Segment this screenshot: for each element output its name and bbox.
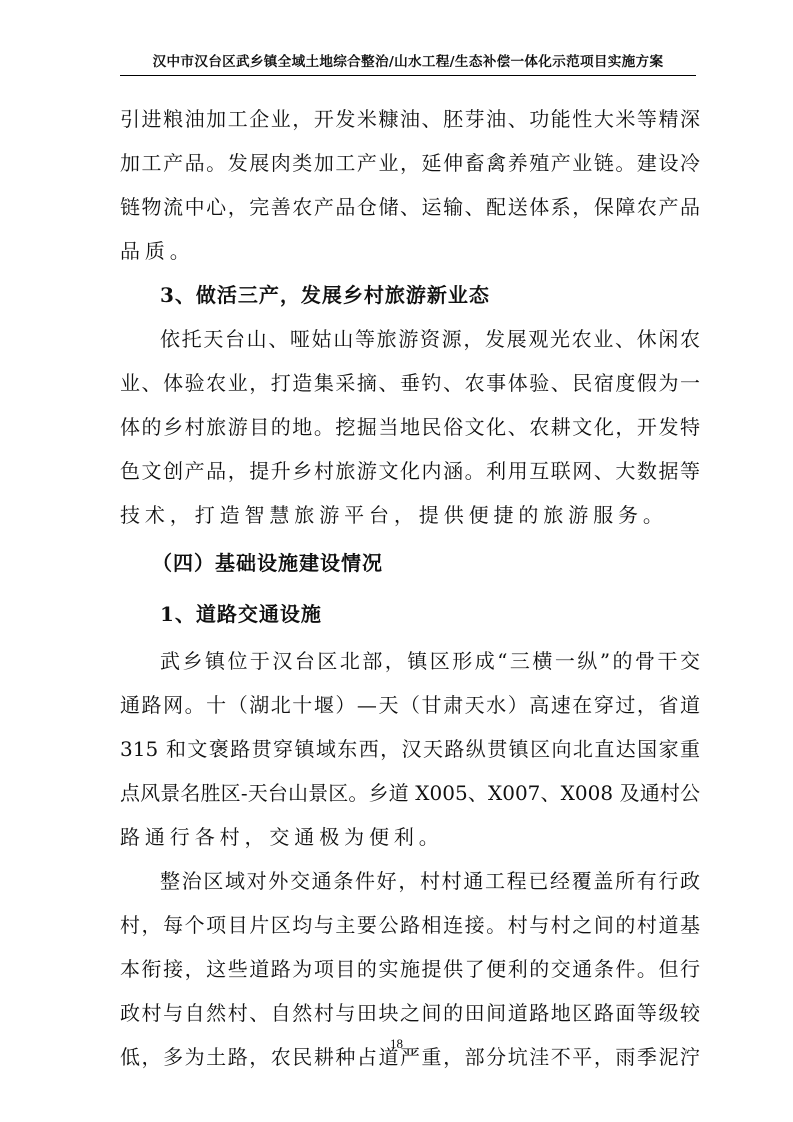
paragraph-line: 技术，打造智慧旅游平台，提供便捷的旅游服务。 (120, 493, 700, 537)
paragraph-line: 武乡镇位于汉台区北部，镇区形成“三横一纵”的骨干交 (120, 639, 700, 683)
paragraph-line: 色文创产品，提升乡村旅游文化内涵。利用互联网、大数据等 (120, 449, 700, 493)
paragraph-line: 本衔接，这些道路为项目的实施提供了便利的交通条件。但行 (120, 947, 700, 991)
paragraph-line: 路通行各村，交通极为便利。 (120, 815, 700, 859)
subsection-heading-3: 3、做活三产，发展乡村旅游新业态 (120, 273, 700, 317)
paragraph-line: 链物流中心，完善农产品仓储、运输、配送体系，保障农产品 (120, 185, 700, 229)
paragraph-line: 整治区域对外交通条件好，村村通工程已经覆盖所有行政 (120, 859, 700, 903)
paragraph-line: 通路网。十（湖北十堰）—天（甘肃天水）高速在穿过，省道 (120, 683, 700, 727)
paragraph-line: 品质。 (120, 229, 700, 273)
section-heading-4: （四）基础设施建设情况 (120, 537, 700, 589)
paragraph-line: 加工产品。发展肉类加工产业，延伸畜禽养殖产业链。建设冷 (120, 141, 700, 185)
paragraph-line: 引进粮油加工企业，开发米糠油、胚芽油、功能性大米等精深 (120, 97, 700, 141)
paragraph-line: 点风景名胜区-天台山景区。乡道 X005、X007、X008 及通村公 (120, 771, 700, 815)
paragraph-line: 体的乡村旅游目的地。挖掘当地民俗文化、农耕文化，开发特 (120, 405, 700, 449)
paragraph-line: 政村与自然村、自然村与田块之间的田间道路地区路面等级较 (120, 991, 700, 1035)
running-header: 汉中市汉台区武乡镇全域土地综合整治/山水工程/生态补偿一体化示范项目实施方案 (120, 51, 696, 76)
paragraph-line: 业、体验农业，打造集采摘、垂钓、农事体验、民宿度假为一 (120, 361, 700, 405)
document-body: 引进粮油加工企业，开发米糠油、胚芽油、功能性大米等精深 加工产品。发展肉类加工产… (120, 97, 700, 1079)
paragraph-line: 315 和文褒路贯穿镇域东西，汉天路纵贯镇区向北直达国家重 (120, 727, 700, 771)
paragraph-line: 村，每个项目片区均与主要公路相连接。村与村之间的村道基 (120, 903, 700, 947)
subsection-heading-1: 1、道路交通设施 (120, 589, 700, 639)
paragraph-line: 依托天台山、哑姑山等旅游资源，发展观光农业、休闲农 (120, 317, 700, 361)
page-number: 18 (0, 1036, 793, 1052)
